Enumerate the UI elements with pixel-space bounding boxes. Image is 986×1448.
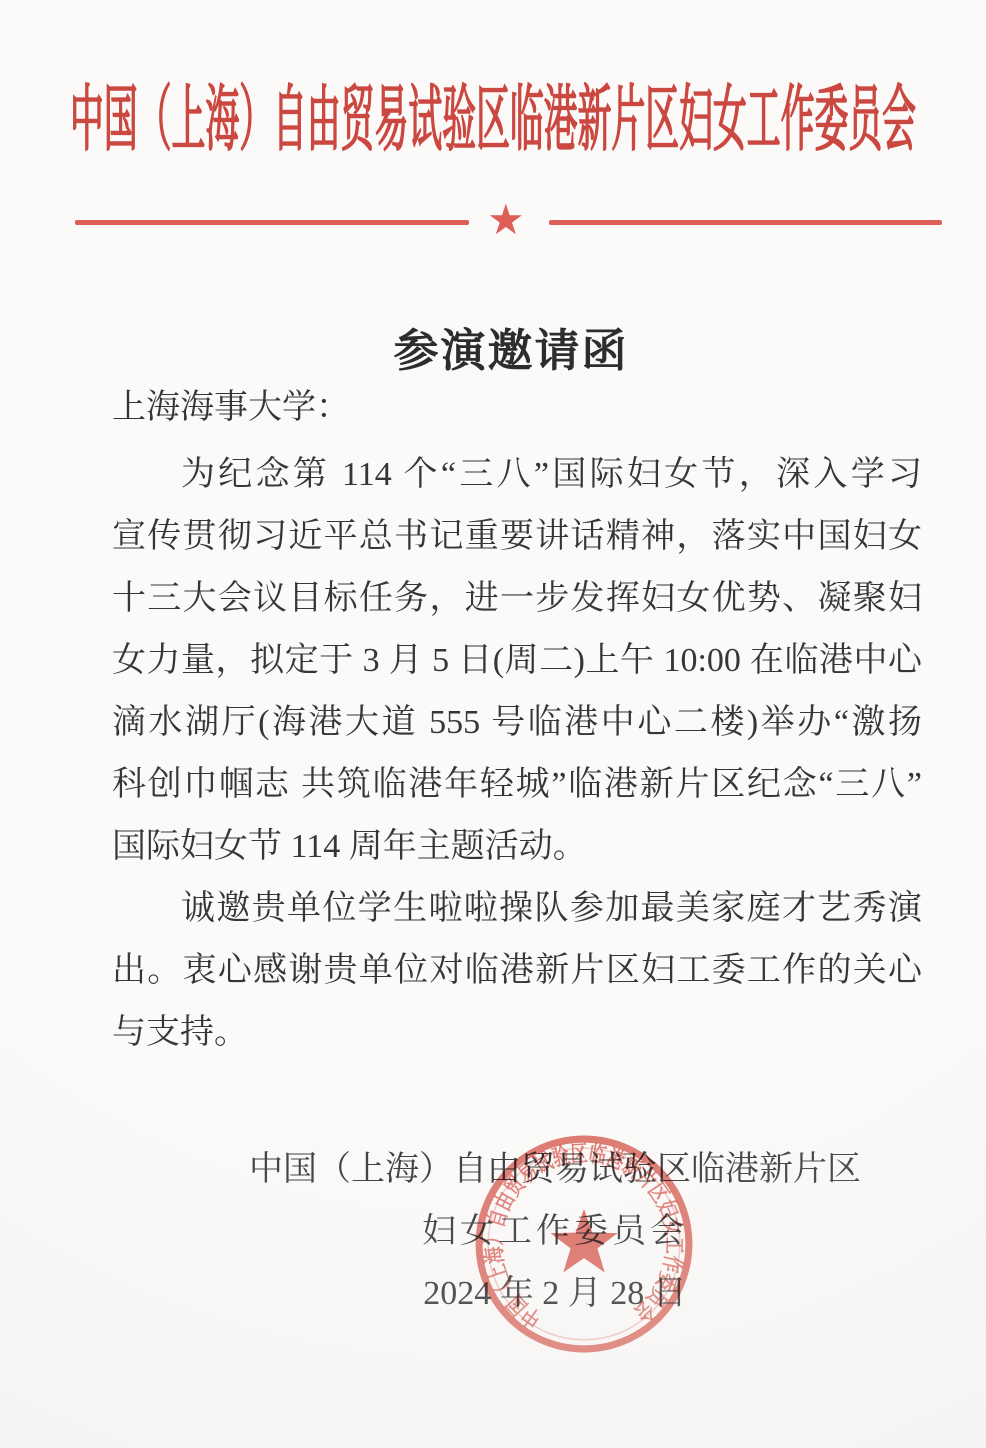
paragraph2-line: 与支持。 [112, 1008, 922, 1070]
scanned-letter-page: 中国（上海）自由贸易试验区临港新片区妇女工作委员会 ★ 参演邀请函 上海海事大学… [0, 0, 986, 1448]
divider-line-right [549, 220, 942, 225]
paragraph2-line: 诚邀贵单位学生啦啦操队参加最美家庭才艺秀演 [112, 884, 922, 946]
divider-line-left [75, 220, 469, 225]
document-title: 参演邀请函 [18, 314, 986, 379]
paragraph1-line: 女力量，拟定于 3 月 5 日(周二)上午 10:00 在临港中心 [112, 636, 922, 698]
paragraph1-line: 十三大会议目标任务，进一步发挥妇女优势、凝聚妇 [112, 574, 922, 636]
paragraph1-line: 科创巾帼志 共筑临港年轻城”临港新片区纪念“三八” [112, 760, 922, 822]
paragraph1-line: 宣传贯彻习近平总书记重要讲话精神，落实中国妇女 [112, 512, 922, 574]
letter-body: 上海海事大学： 为纪念第 114 个“三八”国际妇女节，深入学习 宣传贯彻习近平… [112, 383, 922, 1070]
salutation: 上海海事大学： [112, 383, 922, 450]
paragraph2-line: 出。衷心感谢贵单位对临港新片区妇工委工作的关心 [112, 946, 922, 1008]
seal-star-icon [550, 1209, 617, 1273]
star-icon: ★ [487, 197, 525, 243]
paragraph1-line: 滴水湖厅(海港大道 555 号临港中心二楼)举办“激扬 [112, 698, 922, 760]
official-seal-stamp: 中国（上海）自由贸易试验区临港新片区妇女工作委员会 [471, 1131, 697, 1357]
letterhead-org-name: 中国（上海）自由贸易试验区临港新片区妇女工作委员会 [70, 82, 916, 158]
letterhead: 中国（上海）自由贸易试验区临港新片区妇女工作委员会 [0, 82, 986, 158]
paragraph1-line: 国际妇女节 114 周年主题活动。 [112, 822, 922, 884]
paragraph1-line: 为纪念第 114 个“三八”国际妇女节，深入学习 [112, 450, 922, 512]
